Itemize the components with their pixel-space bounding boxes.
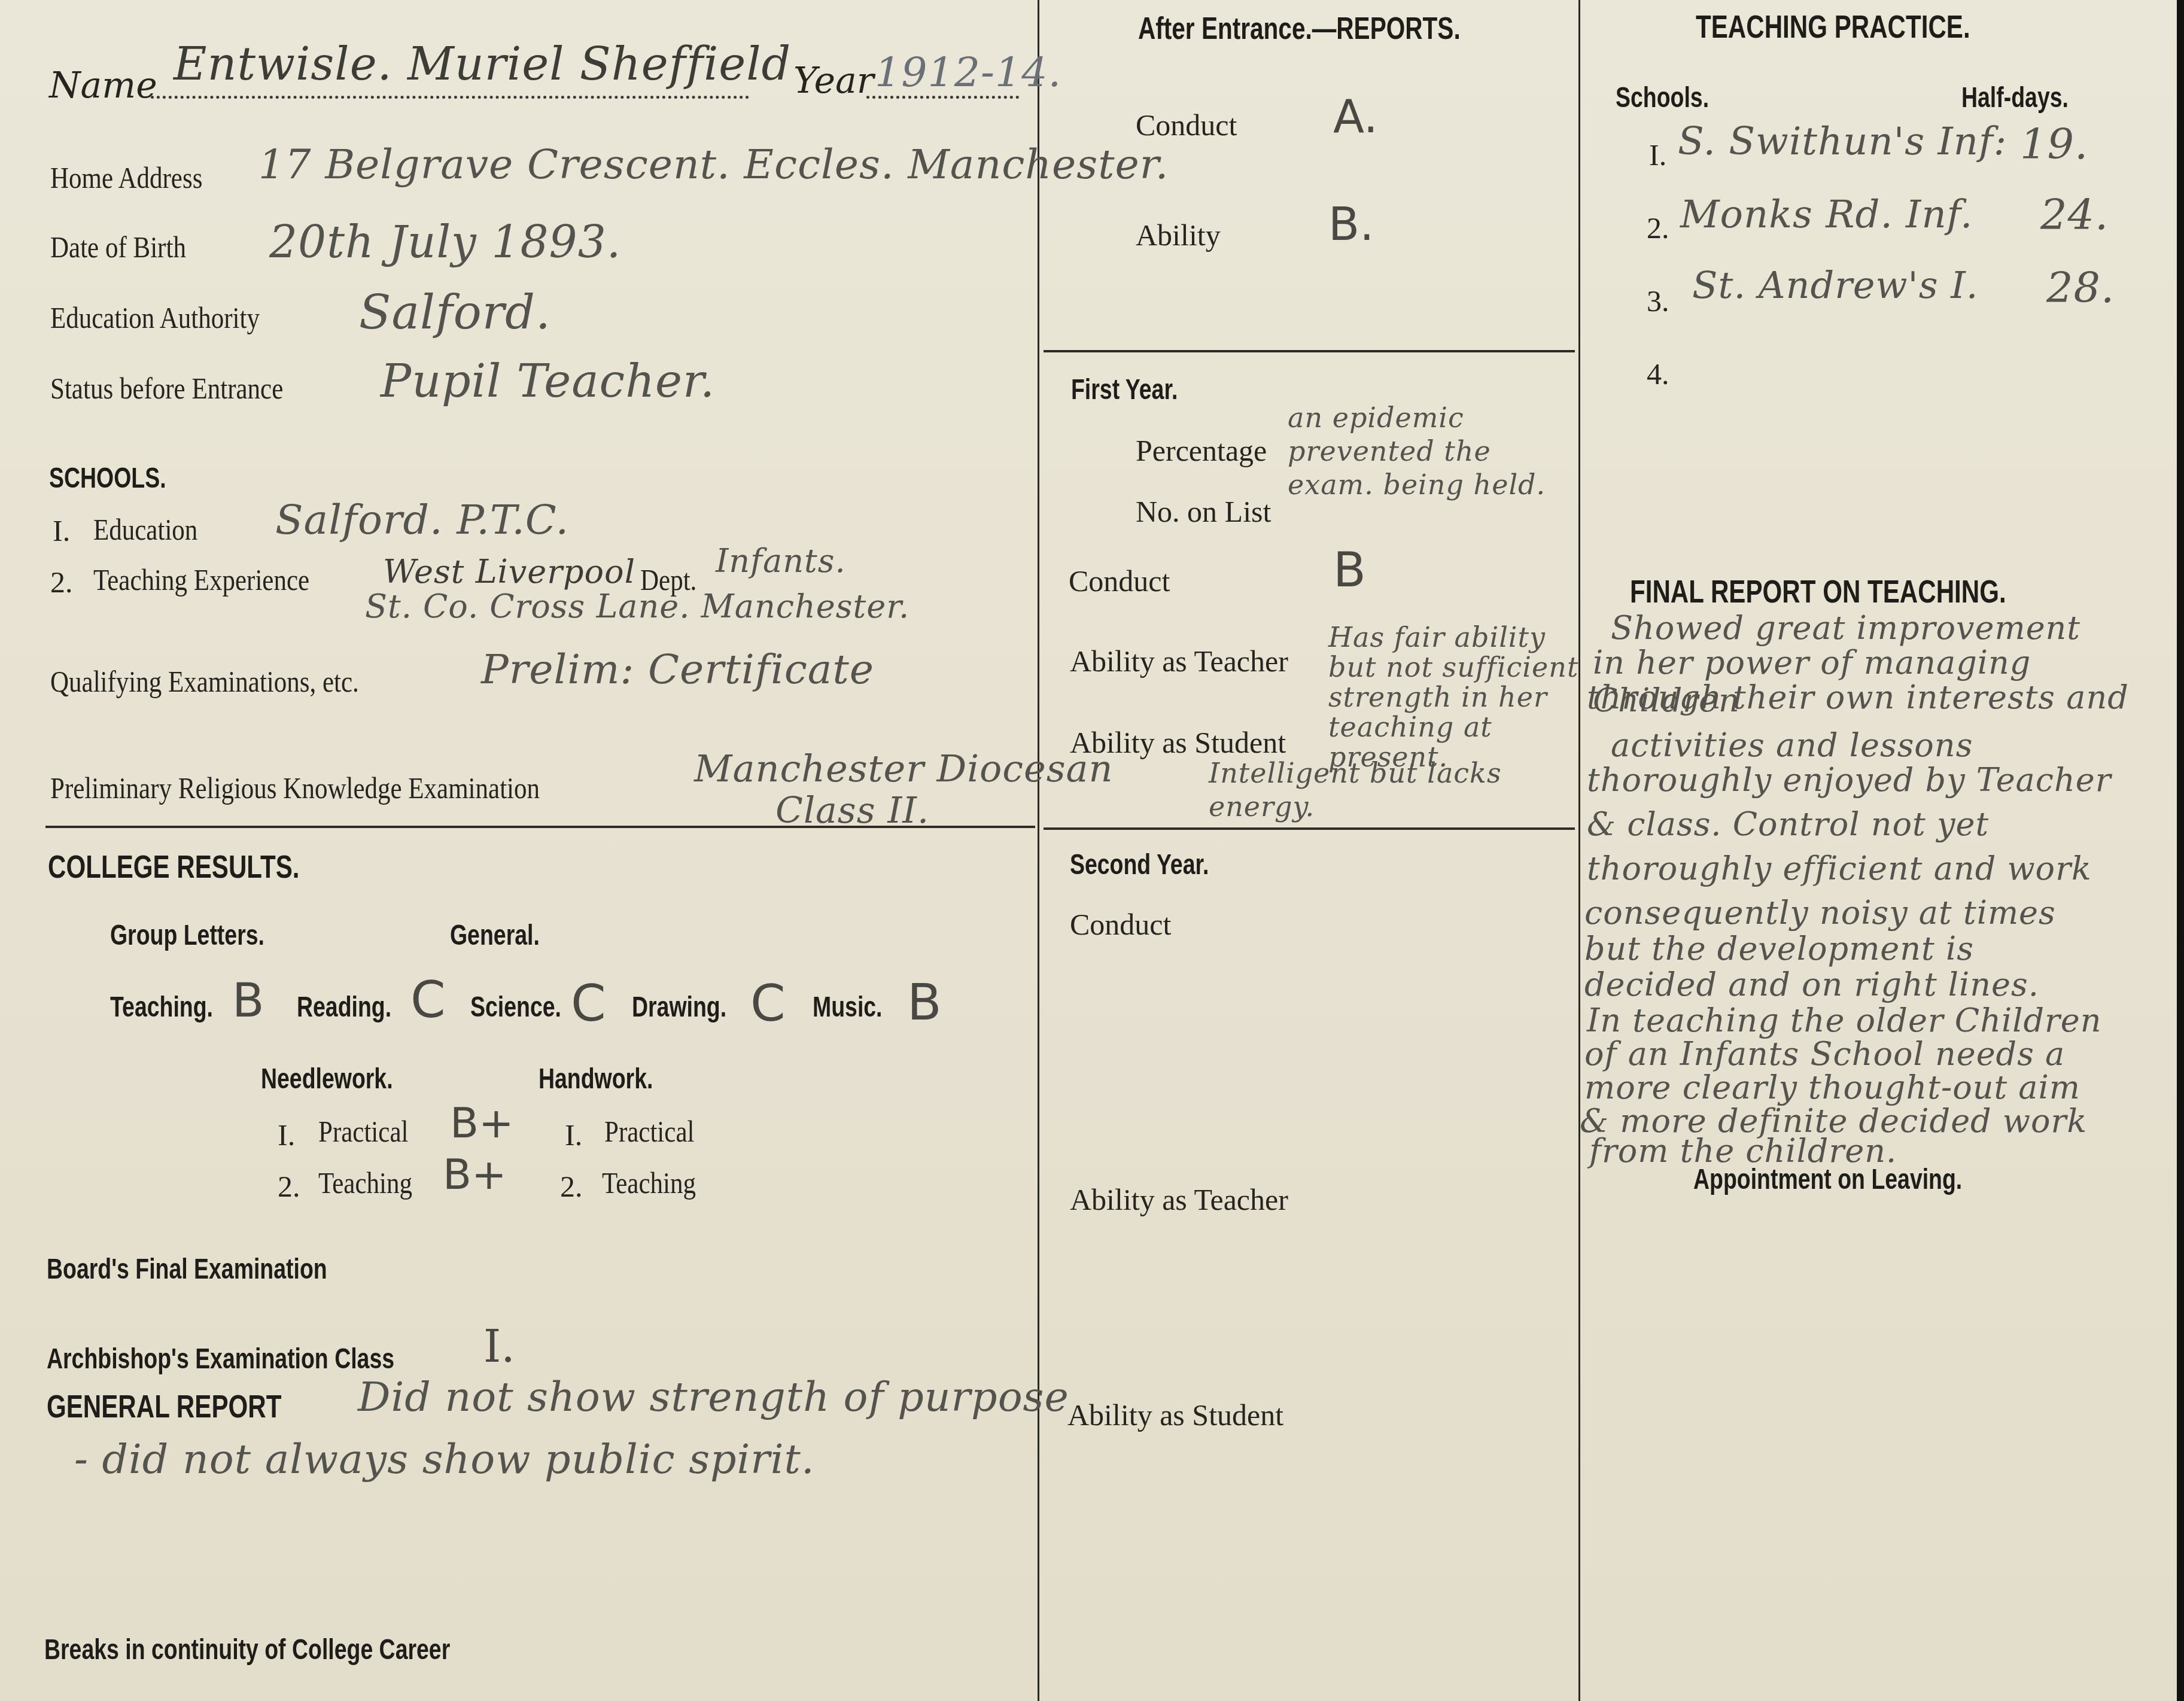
boards-final-label: Board's Final Examination — [47, 1253, 327, 1286]
second-year-ability-teacher-label: Ability as Teacher — [1070, 1182, 1288, 1217]
subject-grade-science: C — [571, 974, 606, 1033]
name-value: Entwisle. Muriel Sheffield — [174, 37, 791, 90]
practice-days-2: 24. — [2040, 190, 2109, 239]
final-report-line: decided and on right lines. — [1580, 966, 2178, 1002]
practice-school-1: S. Swithun's Inf: — [1678, 120, 2007, 164]
practice-num-2: 2. — [1647, 211, 1669, 245]
reports-conduct-label: Conduct — [1136, 108, 1237, 142]
appointment-label: Appointment on Leaving. — [1693, 1163, 1962, 1196]
final-report-heading: FINAL REPORT ON TEACHING. — [1630, 573, 2006, 610]
status-value: Pupil Teacher. — [381, 354, 715, 407]
final-report-line: & class. Control not yet — [1580, 805, 2178, 850]
first-year-ability-teacher-label: Ability as Teacher — [1070, 644, 1288, 678]
reports-rule-1 — [1044, 350, 1575, 352]
subject-label-science: Science. — [470, 991, 561, 1024]
year-label: Year — [793, 60, 874, 102]
reports-ability-label: Ability — [1136, 218, 1221, 252]
final-report-line: more clearly thought-out aim — [1580, 1069, 2178, 1102]
schools-heading: SCHOOLS. — [49, 462, 166, 495]
subject-grade-drawing: C — [750, 974, 786, 1033]
teaching-practice-heading: TEACHING PRACTICE. — [1696, 8, 1970, 45]
first-year-ability-student-label: Ability as Student — [1070, 725, 1286, 760]
general-label: General. — [450, 919, 540, 952]
dept-value: Infants. — [716, 542, 846, 580]
general-report-line-2: - did not always show public spirit. — [74, 1436, 815, 1483]
final-report-line: activities and lessons — [1580, 726, 2178, 761]
final-report-line: but the development is — [1580, 930, 2178, 966]
date-of-birth-value: 20th July 1893. — [269, 217, 621, 268]
qualifying-label: Qualifying Examinations, etc. — [50, 664, 359, 699]
needlework-num-2: 2. — [278, 1169, 300, 1204]
first-year-ability-teacher-value: Has fair ability but not sufficient stre… — [1328, 622, 1592, 772]
subject-label-reading: Reading. — [297, 991, 391, 1024]
religious-label: Preliminary Religious Knowledge Examinat… — [50, 771, 540, 805]
college-results-heading: COLLEGE RESULTS. — [48, 848, 299, 886]
general-report-line-1: Did not show strength of purpose — [358, 1374, 1069, 1421]
handwork-num-2: 2. — [560, 1169, 583, 1204]
final-report-line: In teaching the older Children — [1580, 1002, 2178, 1035]
second-year-conduct-label: Conduct — [1070, 907, 1171, 942]
subject-label-teaching: Teaching. — [110, 991, 213, 1024]
final-report-line: consequently noisy at times — [1580, 894, 2178, 930]
final-report-line: thoroughly enjoyed by Teacher — [1580, 761, 2178, 805]
first-year-ability-student-value: Intelligent but lacks energy. — [1209, 756, 1580, 823]
practice-num-1: I. — [1649, 138, 1666, 172]
final-report-line: & more definite decided work — [1580, 1102, 2178, 1132]
religious-value-2: Class II. — [775, 790, 929, 832]
final-report-line: through their own interests and — [1580, 678, 2178, 726]
half-days-col-label: Half-days. — [1961, 81, 2069, 114]
handwork-num-1: I. — [565, 1118, 582, 1152]
education-num: I. — [53, 513, 70, 548]
handwork-label-1: Practical — [604, 1114, 694, 1149]
teaching-exp-value-1: West Liverpool — [383, 553, 635, 591]
education-value: Salford. P.T.C. — [275, 497, 569, 544]
subject-label-drawing: Drawing. — [632, 991, 726, 1024]
reports-heading: After Entrance.—REPORTS. — [1138, 11, 1461, 47]
percentage-note: an epidemic prevented the exam. being he… — [1288, 401, 1551, 501]
final-report-line: from the children. — [1580, 1132, 2178, 1162]
qualifying-value: Prelim: Certificate — [481, 646, 874, 693]
needlework-grade-1: B+ — [450, 1099, 514, 1148]
general-report-label: GENERAL REPORT — [47, 1388, 281, 1425]
final-report-line: Showed great improvement — [1580, 609, 2178, 644]
practice-num-4: 4. — [1647, 357, 1669, 391]
reports-conduct-value: A. — [1333, 90, 1378, 143]
first-year-conduct-value: B — [1333, 542, 1366, 598]
needlework-label: Needlework. — [261, 1063, 393, 1096]
education-label: Education — [93, 512, 197, 547]
final-report-text: Showed great improvement in her power of… — [1580, 609, 2178, 1162]
home-address-value: 17 Belgrave Crescent. Eccles. Manchester… — [258, 141, 1169, 188]
archbishop-value: I. — [483, 1321, 515, 1373]
no-on-list-label: No. on List — [1136, 494, 1271, 529]
religious-value-1: Manchester Diocesan — [694, 747, 1114, 790]
archbishop-label: Archbishop's Examination Class — [47, 1343, 394, 1376]
teaching-exp-num: 2. — [50, 565, 73, 600]
subject-grade-music: B — [907, 973, 942, 1031]
percentage-label: Percentage — [1136, 433, 1267, 468]
teaching-exp-value-2: St. Co. Cross Lane. Manchester. — [365, 588, 910, 625]
handwork-label: Handwork. — [539, 1063, 653, 1096]
needlework-num-1: I. — [278, 1118, 295, 1152]
date-of-birth-label: Date of Birth — [50, 230, 186, 264]
practice-days-1: 19. — [2020, 120, 2088, 169]
first-year-heading: First Year. — [1071, 373, 1178, 406]
subject-grade-reading: C — [410, 970, 446, 1029]
reports-ability-value: B. — [1328, 197, 1374, 251]
practice-days-3: 28. — [2046, 263, 2115, 312]
second-year-heading: Second Year. — [1070, 848, 1209, 881]
final-report-line: of an Infants School needs a — [1580, 1035, 2178, 1069]
subject-label-music: Music. — [813, 991, 883, 1024]
practice-school-3: St. Andrew's I. — [1692, 263, 1978, 307]
needlework-grade-2: B+ — [443, 1150, 507, 1199]
handwork-label-2: Teaching — [602, 1166, 696, 1200]
education-authority-label: Education Authority — [50, 300, 260, 335]
education-authority-value: Salford. — [359, 286, 551, 340]
practice-num-3: 3. — [1647, 284, 1669, 318]
schools-col-label: Schools. — [1616, 81, 1709, 114]
year-value: 1912-14. — [875, 49, 1061, 96]
final-report-line: in her power of managing Children — [1580, 644, 2178, 678]
needlework-label-2: Teaching — [318, 1166, 412, 1200]
second-year-ability-student-label: Ability as Student — [1067, 1398, 1283, 1432]
column-divider-left — [1038, 0, 1039, 1701]
status-label: Status before Entrance — [50, 371, 283, 406]
name-label: Name — [49, 65, 157, 106]
subject-grade-teaching: B — [232, 974, 264, 1028]
name-dotted-line — [151, 96, 749, 99]
teaching-exp-label: Teaching Experience — [93, 562, 309, 597]
practice-school-2: Monks Rd. Inf. — [1680, 193, 1973, 237]
final-report-line: thoroughly efficient and work — [1580, 850, 2178, 894]
first-year-conduct-label: Conduct — [1069, 564, 1170, 598]
group-letters-label: Group Letters. — [110, 919, 264, 952]
reports-rule-2 — [1044, 827, 1575, 830]
home-address-label: Home Address — [50, 160, 202, 195]
breaks-label: Breaks in continuity of College Career — [44, 1633, 450, 1666]
needlework-label-1: Practical — [318, 1114, 408, 1149]
